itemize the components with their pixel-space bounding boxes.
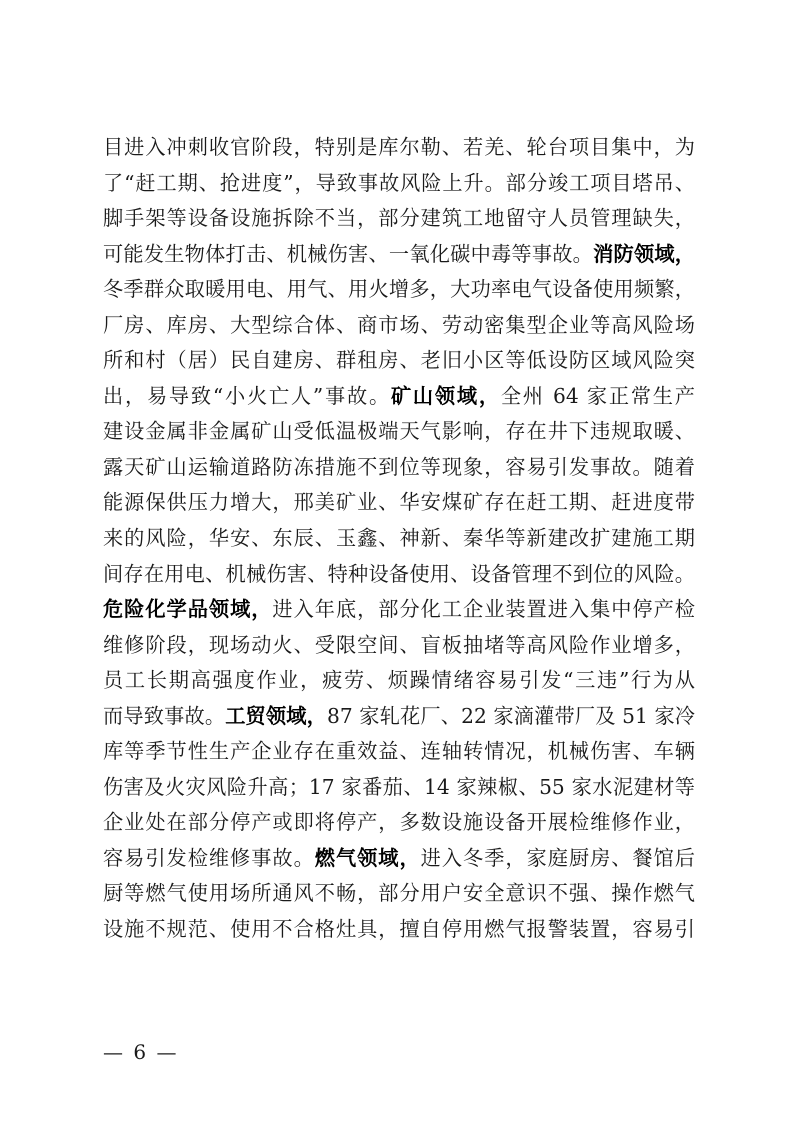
text-run: 能源保供压力增大，邢美矿业、华安煤矿存在赶工期、赶进度带: [103, 490, 695, 514]
text-line: 厨等燃气使用场所通风不畅，部分用户安全意识不强、操作燃气: [103, 876, 695, 912]
text-line: 员工长期高强度作业，疲劳、烦躁情绪容易引发“三违”行为从: [103, 663, 695, 699]
text-line: 厂房、库房、大型综合体、商市场、劳动密集型企业等高风险场: [103, 308, 695, 344]
text-run: 所和村（居）民自建房、群租房、老旧小区等低设防区域风险突: [103, 348, 695, 372]
text-run: 建设金属非金属矿山受低温极端天气影响，存在井下违规取暖、: [103, 419, 695, 443]
text-run: 了“赶工期、抢进度”，导致事故风险上升。部分竣工项目塔吊、: [103, 171, 695, 195]
text-run: 伤害及火灾风险升高；17 家番茄、14 家辣椒、55 家水泥建材等: [103, 775, 695, 799]
text-run: 间存在用电、机械伤害、特种设备使用、设备管理不到位的风险。: [103, 562, 695, 586]
text-line: 来的风险，华安、东辰、玉鑫、神新、秦华等新建改扩建施工期: [103, 521, 695, 557]
text-run: 维修阶段，现场动火、受限空间、盲板抽堵等高风险作业增多，: [103, 633, 695, 657]
text-run: 进入年底，部分化工企业装置进入集中停产检: [272, 597, 695, 621]
text-line: 危险化学品领域，进入年底，部分化工企业装置进入集中停产检: [103, 592, 695, 628]
text-line: 能源保供压力增大，邢美矿业、华安煤矿存在赶工期、赶进度带: [103, 485, 695, 521]
text-line: 伤害及火灾风险升高；17 家番茄、14 家辣椒、55 家水泥建材等: [103, 770, 695, 806]
text-run: 可能发生物体打击、机械伤害、一氧化碳中毒等事故。: [103, 242, 593, 266]
text-line: 维修阶段，现场动火、受限空间、盲板抽堵等高风险作业增多，: [103, 628, 695, 664]
section-heading: 工贸领域，: [225, 704, 327, 728]
text-run: 厂房、库房、大型综合体、商市场、劳动密集型企业等高风险场: [103, 313, 695, 337]
text-line: 建设金属非金属矿山受低温极端天气影响，存在井下违规取暖、: [103, 414, 695, 450]
section-heading: 燃气领域，: [315, 846, 421, 870]
text-run: 而导致事故。: [103, 704, 225, 728]
section-heading: 消防领域，: [593, 242, 695, 266]
text-line: 库等季节性生产企业存在重效益、连轴转情况，机械伤害、车辆: [103, 734, 695, 770]
text-line: 企业处在部分停产或即将停产，多数设施设备开展检维修作业，: [103, 805, 695, 841]
text-run: 企业处在部分停产或即将停产，多数设施设备开展检维修作业，: [103, 810, 695, 834]
text-run: 脚手架等设备设施拆除不当，部分建筑工地留守人员管理缺失，: [103, 206, 695, 230]
text-line: 设施不规范、使用不合格灶具，擅自停用燃气报警装置，容易引: [103, 912, 695, 948]
page-number: — 6 —: [103, 1040, 178, 1064]
section-heading: 矿山领域，: [391, 384, 501, 408]
text-line: 所和村（居）民自建房、群租房、老旧小区等低设防区域风险突: [103, 343, 695, 379]
text-run: 容易引发检维修事故。: [103, 846, 315, 870]
text-run: 87 家轧花厂、22 家滴灌带厂及 51 家冷: [327, 704, 695, 728]
text-run: 冬季群众取暖用电、用气、用火增多，大功率电气设备使用频繁，: [103, 277, 695, 301]
text-run: 员工长期高强度作业，疲劳、烦躁情绪容易引发“三违”行为从: [103, 668, 695, 692]
text-run: 露天矿山运输道路防冻措施不到位等现象，容易引发事故。随着: [103, 455, 695, 479]
body-paragraph: 目进入冲刺收官阶段，特别是库尔勒、若羌、轮台项目集中，为了“赶工期、抢进度”，导…: [103, 130, 695, 948]
text-line: 可能发生物体打击、机械伤害、一氧化碳中毒等事故。消防领域，: [103, 237, 695, 273]
text-line: 目进入冲刺收官阶段，特别是库尔勒、若羌、轮台项目集中，为: [103, 130, 695, 166]
text-line: 露天矿山运输道路防冻措施不到位等现象，容易引发事故。随着: [103, 450, 695, 486]
text-line: 容易引发检维修事故。燃气领域，进入冬季，家庭厨房、餐馆后: [103, 841, 695, 877]
section-heading: 危险化学品领域，: [103, 597, 272, 621]
text-line: 了“赶工期、抢进度”，导致事故风险上升。部分竣工项目塔吊、: [103, 166, 695, 202]
text-run: 目进入冲刺收官阶段，特别是库尔勒、若羌、轮台项目集中，为: [103, 135, 695, 159]
text-line: 脚手架等设备设施拆除不当，部分建筑工地留守人员管理缺失，: [103, 201, 695, 237]
text-run: 进入冬季，家庭厨房、餐馆后: [421, 846, 695, 870]
text-run: 出，易导致“小火亡人”事故。: [103, 384, 391, 408]
text-run: 设施不规范、使用不合格灶具，擅自停用燃气报警装置，容易引: [103, 917, 695, 941]
text-line: 出，易导致“小火亡人”事故。矿山领域，全州 64 家正常生产: [103, 379, 695, 415]
text-line: 而导致事故。工贸领域，87 家轧花厂、22 家滴灌带厂及 51 家冷: [103, 699, 695, 735]
document-page: 目进入冲刺收官阶段，特别是库尔勒、若羌、轮台项目集中，为了“赶工期、抢进度”，导…: [0, 0, 793, 1122]
text-line: 冬季群众取暖用电、用气、用火增多，大功率电气设备使用频繁，: [103, 272, 695, 308]
text-run: 来的风险，华安、东辰、玉鑫、神新、秦华等新建改扩建施工期: [103, 526, 695, 550]
text-run: 厨等燃气使用场所通风不畅，部分用户安全意识不强、操作燃气: [103, 881, 695, 905]
text-run: 全州 64 家正常生产: [501, 384, 695, 408]
text-run: 库等季节性生产企业存在重效益、连轴转情况，机械伤害、车辆: [103, 739, 695, 763]
text-line: 间存在用电、机械伤害、特种设备使用、设备管理不到位的风险。: [103, 557, 695, 593]
